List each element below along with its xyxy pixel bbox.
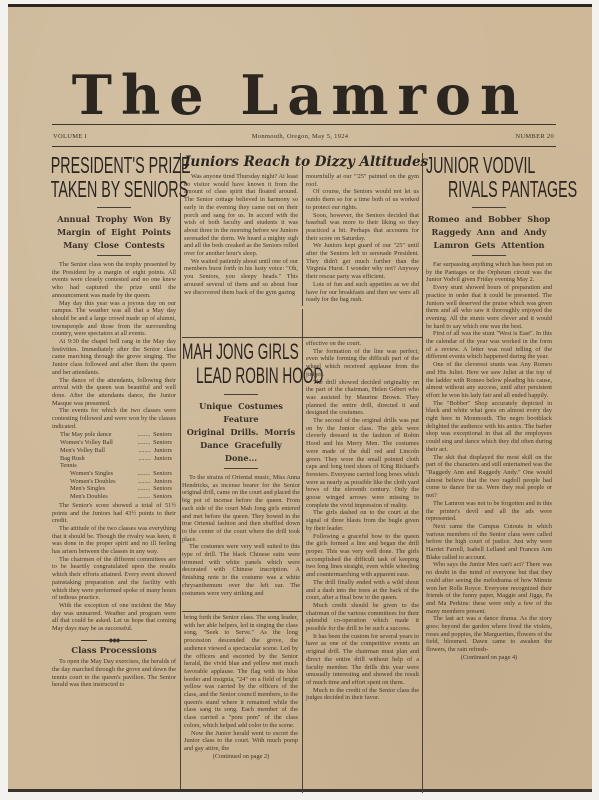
paragraph: Now the Junior herald went to escort the… <box>184 730 298 753</box>
paragraph: Every stunt showed hours of preparation … <box>426 284 552 330</box>
article-processions-continued: bring forth the Senior class. The song l… <box>184 614 298 760</box>
article-junior-vodvil: JUNIOR VODVIL RIVALS PANTAGES Romeo and … <box>426 153 552 662</box>
paragraph: Of course, the Seniors would not let us … <box>306 188 419 211</box>
result-event: Tennis <box>60 462 77 470</box>
result-row: The May pole dance........Seniors <box>60 431 176 439</box>
result-event: Men's Doubles <box>70 493 108 501</box>
paragraph: To open the May Day exercises, the heral… <box>52 658 176 689</box>
divider <box>472 207 506 208</box>
section-ornament: ◆◆◆ <box>52 638 176 646</box>
result-row: Women's Volley Ball........Seniors <box>60 439 176 447</box>
paragraph: The formation of the line was perfect, e… <box>306 348 419 379</box>
subhead-line: Margin of Eight Points <box>52 226 176 239</box>
column-divider-1 <box>180 153 181 789</box>
paragraph: The "Bobber" Shop accurately depicted in… <box>426 400 552 454</box>
paragraph: Following a graceful bow to the queen th… <box>306 533 419 579</box>
headline-line: MAH JONG GIRLS <box>182 340 305 364</box>
paragraph: The Senior's score showed a total of 51½… <box>52 502 176 525</box>
paragraph: The attitude of the two classes was ever… <box>52 525 176 556</box>
ornament-glyph: ◆◆◆ <box>109 638 120 644</box>
result-winner: ........Seniors <box>138 493 173 501</box>
result-row: Women's Singles........Seniors <box>60 470 176 478</box>
dot-leader: ........ <box>138 485 151 492</box>
winner-label: Seniors <box>153 439 172 446</box>
paragraph: At 9:30 the chapel bell rang in the May … <box>52 338 176 377</box>
headline-line: LEAD ROBIN HOOD <box>196 364 310 388</box>
divider <box>224 394 258 395</box>
result-event: Women's Doubles <box>70 478 116 486</box>
results-table: The May pole dance........SeniorsWomen's… <box>60 431 176 500</box>
result-winner: ........Juniors <box>138 455 172 463</box>
continued-link[interactable]: (Continued on page 4) <box>426 654 552 662</box>
winner-label: Seniors <box>153 485 172 492</box>
paragraph: Lots of fun and such appetites as we did… <box>306 281 419 304</box>
paragraph: Far surpassing anything which has been p… <box>426 261 552 284</box>
divider <box>472 255 506 256</box>
paragraph: With the exception of one incident the M… <box>52 602 176 633</box>
section-heading: Class Processions <box>52 648 176 656</box>
result-event: Bag Rush <box>60 455 85 463</box>
issue-number: NUMBER 20 <box>515 133 554 140</box>
article-presidents-prize: PRESIDENT'S PRIZE TAKEN BY SENIORS Annua… <box>52 153 176 689</box>
paragraph: The drill showed decided originality on … <box>306 379 419 418</box>
subhead-line: Annual Trophy Won By <box>52 213 176 226</box>
paragraph: The dance of the attendants, following t… <box>52 377 176 408</box>
dot-leader: ........ <box>138 455 151 462</box>
article-mah-jong-col-b: effective on the court. The formation of… <box>306 340 419 702</box>
headline-juniors-reach: Juniors Reach to Dizzy Altitudes <box>184 154 420 170</box>
paragraph: May day this year was a joyous day on ou… <box>52 300 176 339</box>
paragraph: bring forth the Senior class. The song l… <box>184 614 298 730</box>
divider <box>97 255 131 256</box>
result-winner: ........Seniors <box>138 470 173 478</box>
masthead-top-rule <box>52 124 556 125</box>
subhead-line: Lamron Gets Attention <box>426 239 552 252</box>
result-event: Women's Singles <box>70 470 113 478</box>
winner-label: Juniors <box>154 447 172 454</box>
divider <box>97 207 131 208</box>
result-row: Men's Singles........Seniors <box>60 485 176 493</box>
paragraph: The Senior class won the trophy presente… <box>52 261 176 300</box>
paragraph: Much credit should be given to the chair… <box>306 602 419 633</box>
paragraph: The drill finally ended with a wild shou… <box>306 579 419 602</box>
headline-line: TAKEN BY SENIORS <box>51 177 177 201</box>
winner-label: Seniors <box>153 493 172 500</box>
winner-label: Seniors <box>153 470 172 477</box>
paragraph: mournfully at our "'25" painted on the g… <box>306 173 419 188</box>
paragraph: The girls dashed on to the court at the … <box>306 509 419 532</box>
paragraph: First of all was the stunt "West is East… <box>426 330 552 361</box>
divider <box>224 468 258 469</box>
dot-leader: ........ <box>138 447 151 454</box>
subhead-line: Dance Gracefully Done... <box>182 439 300 465</box>
result-row: Bag Rush........Juniors <box>60 455 176 463</box>
dot-leader: ........ <box>138 470 151 477</box>
headline-line: PRESIDENT'S PRIZE <box>51 153 177 177</box>
paragraph: The Lamron was not to be forgotten and i… <box>426 500 552 523</box>
result-event: The May pole dance <box>60 431 112 439</box>
column-divider-2a <box>302 166 303 306</box>
article-juniors-reach-col-a: Was anyone tired Thursday night? At leas… <box>184 173 298 296</box>
dot-leader: ........ <box>138 493 151 500</box>
article-juniors-reach-col-b: mournfully at our "'25" painted on the g… <box>306 173 419 304</box>
paragraph: Next came the Campus Cutouts in which va… <box>426 523 552 562</box>
result-winner: ........Seniors <box>138 431 173 439</box>
subhead-line: Unique Costumes Feature <box>182 400 300 426</box>
newspaper-page: The Lamron VOLUME I Monmouth, Oregon, Ma… <box>8 4 592 792</box>
dateline: Monmouth, Oregon, May 5, 1924 <box>8 133 592 140</box>
paragraph: Who says the Junior Men can't act? There… <box>426 561 552 615</box>
result-event: Women's Volley Ball <box>60 439 113 447</box>
paragraph: The chairmen of the different committees… <box>52 556 176 602</box>
dot-leader: ........ <box>138 478 151 485</box>
winner-label: Juniors <box>154 478 172 485</box>
paragraph: The costumes were very well suited to th… <box>182 543 300 597</box>
paragraph: One of the cleverest stunts was Any Rome… <box>426 361 552 400</box>
continued-link[interactable]: (Continued on page 2) <box>184 753 298 761</box>
masthead-title: The Lamron <box>8 63 592 127</box>
dot-leader: ........ <box>138 431 151 438</box>
paragraph: We Juniors kept guard of our "25" until … <box>306 242 419 281</box>
section-rule <box>182 611 302 612</box>
result-winner: ........Juniors <box>138 447 172 455</box>
winner-label: Seniors <box>153 431 172 438</box>
paragraph: The events for which the two classes wer… <box>52 407 176 430</box>
paragraph: We waited patiently about until one of o… <box>184 258 298 297</box>
result-event: Men's Volley Ball <box>60 447 105 455</box>
subhead-line: Original Drills. Morris <box>182 426 300 439</box>
result-event: Men's Singles <box>70 485 105 493</box>
dot-leader: ........ <box>138 439 151 446</box>
winner-label: Juniors <box>154 455 172 462</box>
paragraph: It has been the custom for several years… <box>306 633 419 687</box>
headline-line: JUNIOR VODVIL <box>426 153 554 177</box>
result-winner: ........Seniors <box>138 485 173 493</box>
paragraph: Soon, however, the Seniors decided that … <box>306 212 419 243</box>
paragraph: Was anyone tired Thursday night? At leas… <box>184 173 298 258</box>
result-row: Men's Volley Ball........Juniors <box>60 447 176 455</box>
masthead-bottom-rule <box>52 146 556 147</box>
result-row: Tennis <box>60 462 176 470</box>
paragraph: effective on the court. <box>306 340 419 348</box>
subhead-line: Raggedy Ann and Andy <box>426 226 552 239</box>
paragraph: To the strains of Oriental music, Miss A… <box>182 474 300 543</box>
result-row: Men's Doubles........Seniors <box>60 493 176 501</box>
result-row: Women's Doubles........Juniors <box>60 478 176 486</box>
paragraph: The second of the original drills was pu… <box>306 417 419 509</box>
headline-line: RIVALS PANTAGES <box>448 177 562 201</box>
paragraph: The skit that displayed the most skill o… <box>426 454 552 500</box>
section-rule <box>182 337 422 338</box>
result-winner: ........Seniors <box>138 439 173 447</box>
article-mah-jong-col-a: MAH JONG GIRLS LEAD ROBIN HOOD Unique Co… <box>182 340 300 597</box>
subhead-line: Romeo and Bobber Shop <box>426 213 552 226</box>
result-winner: ........Juniors <box>138 478 172 486</box>
subhead-line: Many Close Contests <box>52 239 176 252</box>
paragraph: Much to the credit of the Senior class t… <box>306 687 419 702</box>
paragraph: The last act was a dance drama. As the s… <box>426 615 552 654</box>
column-divider-3 <box>422 153 423 793</box>
